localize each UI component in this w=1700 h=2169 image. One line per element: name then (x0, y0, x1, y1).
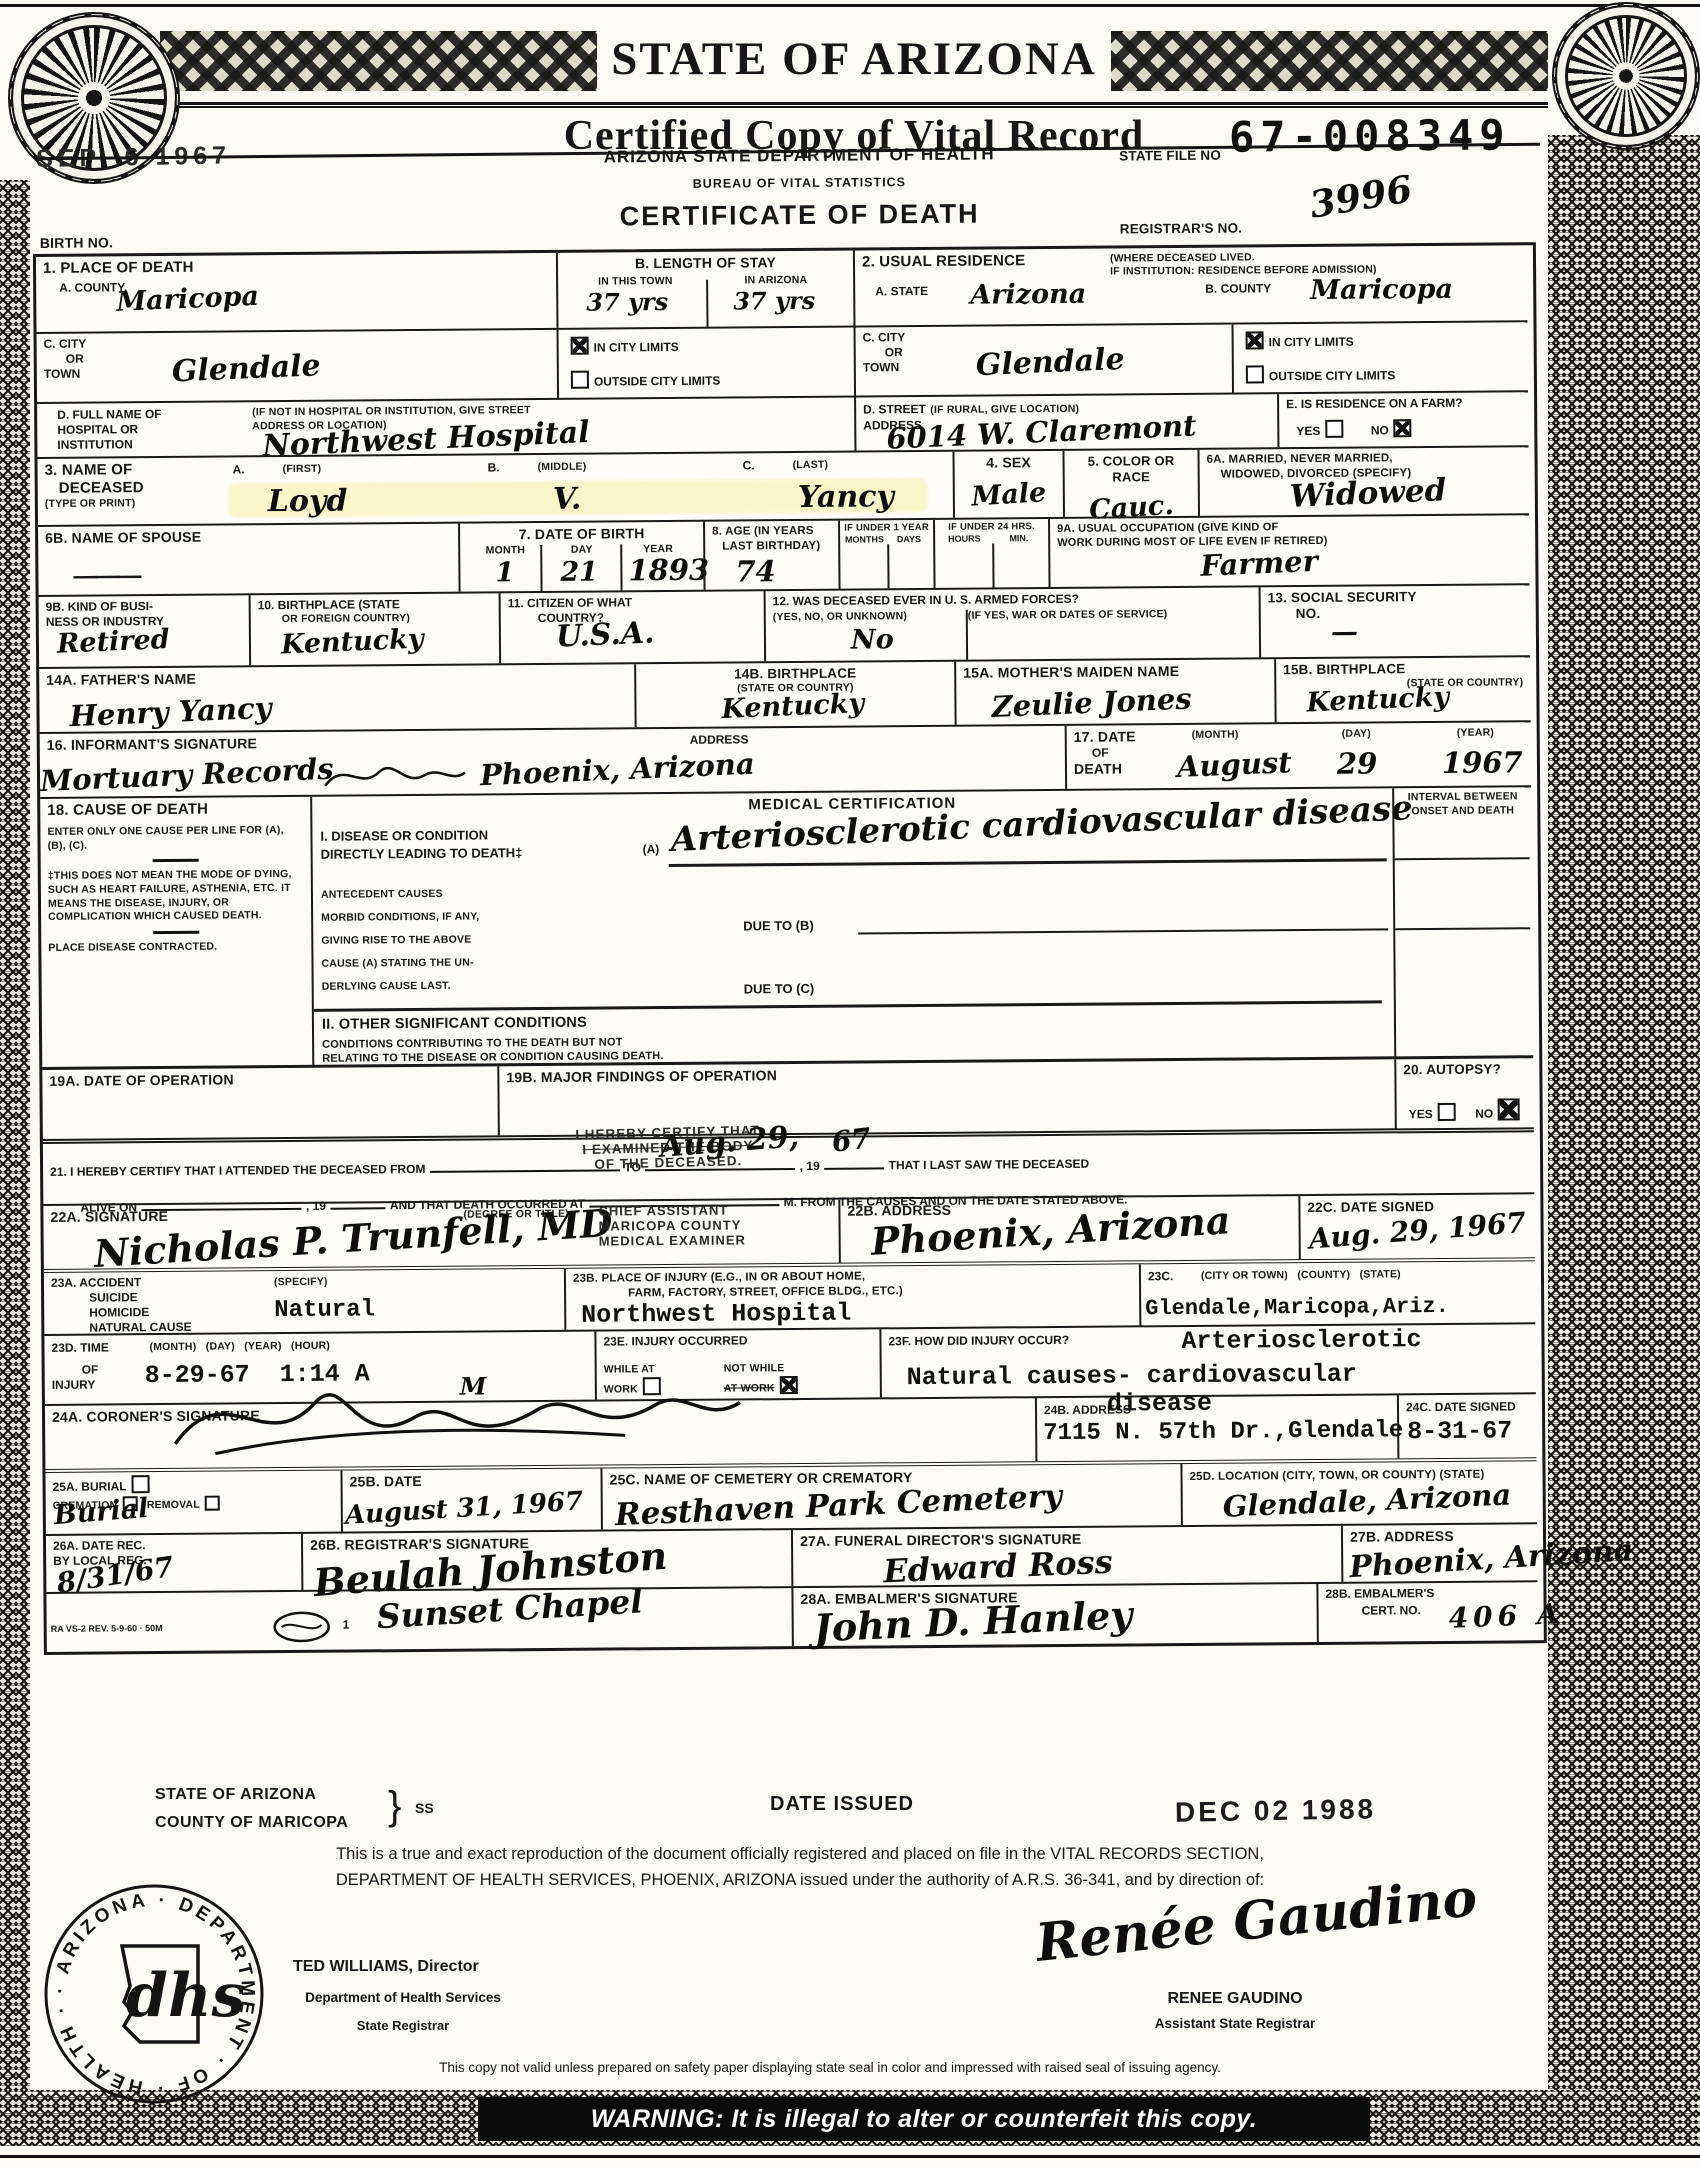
informant-signature: Mortuary Records (40, 755, 335, 797)
age-l1: 8. AGE (IN YEARS (712, 524, 831, 540)
citizen-value: U.S.A. (555, 618, 655, 652)
sex-value: Male (961, 478, 1056, 511)
outside-city-label: OUTSIDE CITY LIMITS (594, 374, 721, 389)
u24-div (992, 543, 994, 587)
res-county-value: Maricopa (1310, 276, 1453, 304)
dob-day-label: DAY (544, 543, 620, 557)
dob-year-value: 1893 (628, 556, 709, 586)
how-value-2: Natural causes- cardiovascular (907, 1360, 1357, 1393)
sec1-place-of-death: 1. PLACE OF DEATH A. COUNTY. Maricopa (36, 253, 557, 332)
sec27a-funeral-director: 27A. FUNERAL DIRECTOR'S SIGNATURE Edward… (791, 1526, 1341, 1586)
burial-date-label: 25B. DATE (349, 1473, 421, 1490)
inj-loc-note: (CITY OR TOWN) (COUNTY) (STATE) (1201, 1268, 1401, 1283)
business-value: Retired (56, 626, 170, 658)
issue-state: STATE OF ARIZONA (155, 1786, 316, 1804)
sec24a-coroner: 24A. CORONER'S SIGNATURE (45, 1398, 1035, 1469)
sec9a-occupation: 9A. USUAL OCCUPATION (GIVE KIND OF WORK … (1048, 515, 1530, 587)
age-value: 74 (735, 557, 776, 586)
name-a: A. (233, 462, 245, 477)
sec2-limits: IN CITY LIMITS OUTSIDE CITY LIMITS (1231, 322, 1528, 392)
informant-flourish (320, 757, 470, 794)
op-date-label: 19A. DATE OF OPERATION (49, 1071, 233, 1088)
res-in-city-checkbox (1246, 331, 1264, 349)
interval-line1 (1395, 857, 1530, 860)
certificate-scan-area: SEP 6 1967 BIRTH NO. ARIZONA STATE DEPAR… (0, 0, 1700, 2169)
sec25d-location: 25D. LOCATION (CITY, TOWN, OR COUNTY) (S… (1180, 1461, 1536, 1525)
dod-month-label: (MONTH) (1192, 729, 1239, 743)
sec18-medical-certification: MEDICAL CERTIFICATION I. DISEASE OR COND… (310, 788, 1394, 1064)
sec8-under24: IF UNDER 24 HRS. HOURSMIN. (933, 519, 1049, 588)
u24-label: IF UNDER 24 HRS. (937, 521, 1046, 534)
u24-min: MIN. (992, 533, 1047, 543)
farm-yes-checkbox (1325, 420, 1343, 438)
row-parents: 14A. FATHER'S NAME Henry Yancy 14B. BIRT… (39, 655, 1530, 732)
due-c-label: DUE TO (C) (744, 981, 815, 998)
farm-no-checkbox (1394, 419, 1412, 437)
sec12-armed-forces: 12. WAS DECEASED EVER IN U. S. ARMED FOR… (764, 587, 1260, 661)
sec1-limits: IN CITY LIMITS OUTSIDE CITY LIMITS (557, 328, 855, 398)
row-cause-of-death: 18. CAUSE OF DEATH ENTER ONLY ONE CAUSE … (40, 785, 1533, 1067)
sec6b-spouse: 6B. NAME OF SPOUSE ——— (38, 524, 459, 595)
warning-bar: WARNING: It is illegal to alter or count… (478, 2097, 1370, 2141)
interval-line2 (1395, 927, 1530, 930)
row-city: C. CITY OR TOWN Glendale IN CITY LIMITS … (37, 320, 1529, 402)
bureau-line: BUREAU OF VITAL STATISTICS (539, 174, 1059, 192)
certify-line1a: 21. I HEREBY CERTIFY THAT I ATTENDED THE… (50, 1162, 425, 1179)
sec13-ssn: 13. SOCIAL SECURITY NO. — (1259, 585, 1531, 657)
mbp-l1: 15B. BIRTHPLACE (1283, 660, 1523, 678)
embcert-l2: CERT. NO. (1362, 1603, 1421, 1618)
sec2e-farm: E. IS RESIDENCE ON A FARM? YES NO (1277, 392, 1528, 447)
u1y-label: IF UNDER 1 YEAR (842, 522, 931, 535)
race-label: 5. COLOR OR RACE (1072, 453, 1191, 485)
coroner-date-value: 8-31-67 (1407, 1416, 1512, 1446)
mother-birthplace-value: Kentucky (1306, 683, 1450, 716)
fd-addr-label: 27B. ADDRESS (1350, 1528, 1454, 1545)
state-file-number-stamp: 67-008349 (1229, 110, 1511, 161)
how-label: 23F. HOW DID INJURY OCCUR? (888, 1333, 1069, 1348)
cause-dash1 (153, 859, 199, 862)
row-certify: I HEREBY CERTIFY THAT I EXAMINED THE BOD… (43, 1127, 1534, 1204)
p2-title: II. OTHER SIGNIFICANT CONDITIONS (322, 1015, 587, 1034)
cause-dash2 (153, 931, 199, 934)
res-county-label: B. COUNTY (1205, 281, 1271, 297)
stay-az-value: 37 yrs (733, 289, 815, 314)
registrar-no-label: REGISTRAR'S NO. (1120, 221, 1243, 238)
street-label: D. STREET (863, 402, 926, 416)
autopsy-no-label: NO (1475, 1107, 1493, 1121)
sec1d-hospital: D. FULL NAME OF HOSPITAL OR INSTITUTION … (37, 398, 854, 457)
cause-note3: PLACE DISEASE CONTRACTED. (48, 940, 304, 956)
u1y-div (887, 544, 889, 588)
middle-name-value: V. (553, 485, 582, 515)
father-birthplace-value: Kentucky (721, 690, 865, 723)
certificate-title: CERTIFICATE OF DEATH (540, 198, 1060, 233)
sec22a-signature: 22A. SIGNATURE (DEGREE OR TITLE) Nichola… (43, 1200, 838, 1269)
dod-year-value: 1967 (1442, 748, 1523, 778)
row-physician: 22A. SIGNATURE (DEGREE OR TITLE) Nichola… (43, 1192, 1534, 1269)
sec15a-mother: 15A. MOTHER'S MAIDEN NAME Zeulie Jones (954, 659, 1274, 725)
middle-label: (MIDDLE) (538, 461, 587, 475)
to-date-handwritten: Aug. 29, (659, 1122, 800, 1163)
sec-form-no: RA VS-2 REV. 5-9-60 · 50M 1 Sunset Chape… (46, 1588, 791, 1652)
res-outside-city-checkbox (1246, 365, 1264, 383)
sig-label: 22A. SIGNATURE (50, 1208, 168, 1225)
dod-day-label: (DAY) (1342, 728, 1371, 742)
dod-month-value: August (1176, 748, 1292, 782)
time-note: (MONTH) (DAY) (YEAR) (HOUR) (149, 1340, 330, 1355)
sec23a-manner: 23A. ACCIDENT SUICIDE HOMICIDE NATURAL C… (44, 1269, 564, 1334)
row-business: 9B. KIND OF BUSI- NESS OR INDUSTRY Retir… (39, 583, 1531, 667)
u24-hours: HOURS (937, 534, 992, 544)
sec19a-date-operation: 19A. DATE OF OPERATION (42, 1066, 498, 1139)
interval-l2: ONSET AND DEATH (1401, 804, 1524, 819)
birthplace-value: Kentucky (280, 625, 424, 658)
row-coroner: 24A. CORONER'S SIGNATURE 24B. ADDRESS 71… (45, 1392, 1536, 1469)
ssn-value: — (1331, 619, 1358, 646)
to-blank: Aug. 29, (645, 1153, 795, 1171)
row-manner: 23A. ACCIDENT SUICIDE HOMICIDE NATURAL C… (44, 1257, 1535, 1334)
mother-value: Zeulie Jones (991, 684, 1192, 722)
issue-para1: This is a true and exact reproduction of… (180, 1845, 1420, 1864)
ante4: CAUSE (A) STATING THE UN- (321, 957, 473, 972)
physician-date-signed: Aug. 29, 1967 (1308, 1209, 1527, 1254)
me-stamp3: MEDICAL EXAMINER (599, 1232, 746, 1248)
sec2-title: 2. USUAL RESIDENCE (862, 252, 1025, 270)
manner-value: Natural (274, 1296, 375, 1324)
row-name: 3. NAME OF DECEASED (TYPE OR PRINT) A. (… (37, 445, 1528, 525)
part2-divider (314, 1000, 1382, 1011)
sec22c-date-signed: 22C. DATE SIGNED Aug. 29, 1967 (1298, 1194, 1534, 1259)
forces-note1: (YES, NO, OR UNKNOWN) (773, 610, 968, 625)
row-place-residence: 1. PLACE OF DEATH A. COUNTY. Maricopa B.… (36, 245, 1528, 332)
hosp-note1: (IF NOT IN HOSPITAL OR INSTITUTION, GIVE… (252, 404, 531, 420)
sec3-name-of-deceased: 3. NAME OF DECEASED (TYPE OR PRINT) A. (… (38, 452, 953, 525)
time-d1: 23D. TIME (51, 1340, 108, 1354)
sec16-informant: 16. INFORMANT'S SIGNATURE ADDRESS Mortua… (40, 726, 1065, 797)
removal-label: REMOVAL (147, 1499, 200, 1511)
cause-title: 18. CAUSE OF DEATH (47, 800, 303, 820)
ante2: MORBID CONDITIONS, IF ANY, (321, 911, 479, 926)
stay-divider (706, 280, 708, 327)
birth-no-label: BIRTH NO. (40, 234, 113, 251)
sec28b-cert-no: 28B. EMBALMER'S CERT. NO. 406 A (1316, 1582, 1537, 1642)
medical-examiner-stamp: CHIEF ASSISTANT MARICOPA COUNTY MEDICAL … (598, 1202, 746, 1248)
first-label: (FIRST) (283, 463, 322, 477)
occupation-value: Farmer (1200, 547, 1319, 581)
father-value: Henry Yancy (69, 694, 272, 732)
death-certificate-scan: STATE OF ARIZONA Certified Copy of Vital… (0, 0, 1700, 2169)
stay-town-value: 37 yrs (586, 290, 668, 315)
assistant-registrar-title: Assistant State Registrar (1100, 2016, 1370, 2031)
row-embalmer: RA VS-2 REV. 5-9-60 · 50M 1 Sunset Chape… (46, 1580, 1537, 1652)
issue-para2: DEPARTMENT OF HEALTH SERVICES, PHOENIX, … (180, 1871, 1420, 1890)
dob-div1 (540, 545, 542, 591)
coroner-signature (155, 1354, 756, 1469)
last-label: (LAST) (793, 459, 829, 473)
sec14a-father: 14A. FATHER'S NAME Henry Yancy (39, 664, 634, 732)
sec17-date-of-death: 17. DATE OF DEATH (MONTH) (DAY) (YEAR) A… (1065, 722, 1531, 789)
sec26b-registrar-signature: 26B. REGISTRAR'S SIGNATURE Beulah Johnst… (301, 1530, 791, 1590)
informant-label: 16. INFORMANT'S SIGNATURE (47, 735, 257, 753)
sec25c-cemetery: 25C. NAME OF CEMETERY OR CREMATORY Resth… (600, 1464, 1180, 1530)
certify-19: , 19 (800, 1159, 820, 1173)
funeral-director-signature: Edward Ross (883, 1546, 1114, 1588)
dob-div2 (621, 544, 623, 590)
city-value: Glendale (171, 351, 321, 387)
sec2-usual-residence: 2. USUAL RESIDENCE (WHERE DECEASED LIVED… (853, 245, 1528, 325)
row-spouse-dob: 6B. NAME OF SPOUSE ——— 7. DATE OF BIRTH … (38, 513, 1530, 595)
marital-value: Widowed (1289, 475, 1447, 513)
me-stamp2: MARICOPA COUNTY (598, 1217, 745, 1233)
state-value: Arizona (970, 281, 1086, 309)
sec5-race: 5. COLOR OR RACE Cauc. (1062, 450, 1198, 517)
autopsy-yes-label: YES (1409, 1107, 1433, 1121)
sec11-citizen: 11. CITIZEN OF WHAT COUNTRY? U.S.A. (499, 591, 765, 663)
last-name-value: Yancy (798, 482, 894, 513)
interval-l1: INTERVAL BETWEEN (1401, 790, 1524, 805)
cause-note1: ENTER ONLY ONE CAUSE PER LINE FOR (A), (… (47, 824, 303, 853)
sec25b-date: 25B. DATE August 31, 1967 (340, 1469, 600, 1532)
certificate-form: 1. PLACE OF DEATH A. COUNTY. Maricopa B.… (33, 242, 1547, 1655)
in-city-label: IN CITY LIMITS (594, 340, 679, 355)
spouse-value: ——— (73, 562, 139, 591)
seal-dhs-text: dhs (126, 1961, 245, 2031)
mother-label: 15A. MOTHER'S MAIDEN NAME (963, 663, 1179, 681)
u1y-days: DAYS (887, 534, 932, 544)
farm-yes-label: YES (1296, 424, 1320, 438)
injury-location-value: Glendale,Maricopa,Ariz. (1145, 1294, 1449, 1321)
not-while-at-work-checkbox (780, 1376, 798, 1394)
father-label: 14A. FATHER'S NAME (46, 671, 196, 688)
op-findings-label: 19B. MAJOR FINDINGS OF OPERATION (506, 1067, 777, 1085)
due-b-line (858, 928, 1388, 934)
hosp-l3: INSTITUTION (57, 437, 132, 453)
how-value-1: Arteriosclerotic (1181, 1325, 1421, 1356)
issue-brace: } (388, 1784, 401, 1829)
informant-addr-label: ADDRESS (690, 732, 749, 747)
director-dept: Department of Health Services (293, 1990, 513, 2005)
embalmer-signature: John D. Hanley (813, 1596, 1133, 1648)
sec27b-fd-address: 27B. ADDRESS Phoenix, Arizona (1341, 1524, 1537, 1582)
me-stamp1: CHIEF ASSISTANT (598, 1202, 745, 1218)
row-informant-dod: 16. INFORMANT'S SIGNATURE ADDRESS Mortua… (40, 720, 1531, 797)
dob-day-value: 21 (560, 559, 598, 586)
cause-a-line (669, 858, 1387, 867)
state-file-label: STATE FILE NO (1119, 148, 1221, 165)
sec18-cause-notes: 18. CAUSE OF DEATH ENTER ONLY ONE CAUSE … (40, 797, 312, 1067)
due-b-label: DUE TO (B) (743, 918, 814, 935)
ssn-l2: NO. (1296, 605, 1523, 623)
cause-note2: ‡THIS DOES NOT MEAN THE MODE OF DYING, S… (48, 868, 304, 925)
issue-ss: SS (415, 1800, 434, 1816)
burial-date-value: August 31, 1967 (344, 1489, 584, 1529)
coroner-date-label: 24C. DATE SIGNED (1406, 1399, 1516, 1414)
physician-signature: Nicholas P. Trunfell, MD (93, 1204, 614, 1273)
dob-label: 7. DATE OF BIRTH (467, 525, 696, 544)
sec23b-place-injury: 23B. PLACE OF INJURY (E.G., IN OR ABOUT … (564, 1264, 1139, 1330)
sec4-sex: 4. SEX Male (952, 451, 1063, 518)
sec24c-date: 24C. DATE SIGNED 8-31-67 (1397, 1394, 1536, 1458)
sec23f-how-injury: 23F. HOW DID INJURY OCCUR? Arteriosclero… (879, 1324, 1536, 1397)
ssn-l1: 13. SOCIAL SECURITY (1268, 588, 1523, 606)
sec7-dob: 7. DATE OF BIRTH MONTH DAY YEAR 1 21 189… (458, 522, 704, 592)
burial-loc-value: Glendale, Arizona (1222, 1480, 1512, 1521)
sec24b-address: 24B. ADDRESS 7115 N. 57th Dr.,Glendale (1035, 1395, 1397, 1461)
date-issued-stamp: DEC 02 1988 (1175, 1793, 1377, 1829)
informant-address-value: Phoenix, Arizona (479, 750, 755, 791)
u1y-months: MONTHS (842, 535, 887, 545)
forces-value: No (851, 626, 894, 653)
sec15b-mother-birthplace: 15B. BIRTHPLACE (STATE OR COUNTRY) Kentu… (1274, 657, 1530, 722)
forces-note2: (IF YES, WAR OR DATES OF SERVICE) (968, 608, 1168, 623)
sec8-age: 8. AGE (IN YEARS LAST BIRTHDAY) 74 (703, 521, 839, 590)
bus-l1: 9B. KIND OF BUSI- (46, 598, 242, 615)
certify-line1b: THAT I LAST SAW THE DECEASED (889, 1157, 1090, 1173)
form-number: RA VS-2 REV. 5-9-60 · 50M (51, 1623, 163, 1634)
p1a: I. DISEASE OR CONDITION (320, 827, 488, 845)
issue-county: COUNTY OF MARICOPA (155, 1814, 348, 1832)
director-title: State Registrar (293, 2018, 513, 2033)
p1b: DIRECTLY LEADING TO DEATH‡ (321, 845, 523, 863)
forces-div (966, 610, 968, 660)
place-injury-value: Northwest Hospital (581, 1299, 851, 1330)
age-l2: LAST BIRTHDAY) (722, 539, 831, 555)
forces-label: 12. WAS DECEASED EVER IN U. S. ARMED FOR… (773, 590, 1252, 609)
sig-date-label: 22C. DATE SIGNED (1307, 1199, 1434, 1215)
sec9b-business: 9B. KIND OF BUSI- NESS OR INDUSTRY Retir… (39, 595, 250, 667)
sec6a-marital: 6A. MARRIED, NEVER MARRIED, WIDOWED, DIV… (1197, 447, 1529, 516)
dob-month-label: MONTH (467, 544, 543, 558)
sec1c-city: C. CITY OR TOWN Glendale (37, 330, 558, 402)
year-handwritten: 67 (831, 1125, 873, 1157)
sec25a-disposition: 25A. BURIAL CREMATION REMOVAL Burial (45, 1471, 340, 1534)
ante5: DERLYING CAUSE LAST. (322, 980, 451, 995)
director-name: TED WILLIAMS, Director (293, 1958, 479, 1976)
res-in-city-label: IN CITY LIMITS (1269, 335, 1354, 350)
sec20-autopsy: 20. AUTOPSY? YES NO (1394, 1058, 1534, 1128)
sec2d-street: D. STREET (IF RURAL, GIVE LOCATION) ADDR… (854, 394, 1277, 450)
sec19b-findings: 19B. MAJOR FINDINGS OF OPERATION (497, 1059, 1395, 1135)
outside-city-checkbox (571, 371, 589, 389)
inj-loc-label: 23C. (1148, 1269, 1173, 1283)
first-name-value: Loyd (268, 487, 348, 518)
occured-label: 23E. INJURY OCCURRED (603, 1332, 872, 1349)
sec8-under1yr: IF UNDER 1 YEAR MONTHSDAYS (838, 520, 934, 589)
in-city-checkbox (571, 337, 589, 355)
sec2c-city: C. CITY OR TOWN Glendale (854, 325, 1233, 396)
burial-checkbox (132, 1475, 150, 1493)
hosp-l2: HOSPITAL OR (57, 422, 138, 438)
manner-specify: (SPECIFY) (274, 1276, 328, 1290)
state-label: A. STATE (875, 284, 928, 299)
spouse-label: 6B. NAME OF SPOUSE (45, 529, 201, 546)
dod-day-value: 29 (1337, 749, 1378, 778)
row-burial: 25A. BURIAL CREMATION REMOVAL Burial 25B… (45, 1457, 1536, 1534)
hosp-l1: D. FULL NAME OF (57, 407, 162, 423)
county-value: Maricopa (116, 283, 260, 316)
how-value-3: disease (1107, 1389, 1212, 1419)
form-number-suffix: 1 (343, 1618, 350, 1632)
sec28a-embalmer: 28A. EMBALMER'S SIGNATURE John D. Hanley (791, 1584, 1316, 1646)
sec22b-address: 22B. ADDRESS Phoenix, Arizona (838, 1196, 1298, 1263)
registrar-no-handwritten: 3996 (1307, 170, 1415, 223)
cemetery-label: 25C. NAME OF CEMETERY OR CREMATORY (609, 1469, 912, 1487)
cause-a-tag: (A) (643, 842, 660, 857)
sec14b-father-birthplace: 14B. BIRTHPLACE (STATE OR COUNTRY) Kentu… (634, 662, 954, 728)
autopsy-yes-checkbox (1438, 1103, 1456, 1121)
autopsy-no-checkbox (1498, 1098, 1520, 1120)
burial-label: 25A. BURIAL (53, 1479, 127, 1494)
autopsy-label: 20. AUTOPSY? (1403, 1061, 1526, 1078)
cemetery-value: Resthaven Park Cemetery (614, 1481, 1062, 1531)
coroner-address-value: 7115 N. 57th Dr.,Glendale (1043, 1417, 1403, 1447)
sec1b-length-of-stay: B. LENGTH OF STAY IN THIS TOWN IN ARIZON… (556, 251, 854, 328)
ante3: GIVING RISE TO THE ABOVE (321, 934, 471, 949)
res-city-value: Glendale (975, 345, 1125, 381)
sex-label: 4. SEX (962, 454, 1056, 472)
union-bug-stamp (272, 1610, 338, 1645)
farm-no-label: NO (1371, 423, 1389, 437)
name-b: B. (488, 460, 500, 475)
name-c: C. (743, 458, 755, 473)
year-blank: 67 (824, 1152, 884, 1169)
dob-month-value: 1 (495, 559, 514, 586)
sec10-birthplace: 10. BIRTHPLACE (STATE OR FOREIGN COUNTRY… (249, 593, 500, 665)
farm-label: E. IS RESIDENCE ON A FARM? (1286, 395, 1521, 412)
embcert-value: 406 A (1448, 1600, 1564, 1633)
ante1: ANTECEDENT CAUSES (321, 888, 443, 903)
dod-year-label: (YEAR) (1457, 727, 1494, 741)
safety-note: This copy not valid unless prepared on s… (230, 2060, 1430, 2075)
sec23c-injury-location: 23C. (CITY OR TOWN) (COUNTY) (STATE) Gle… (1139, 1261, 1535, 1325)
res-outside-city-label: OUTSIDE CITY LIMITS (1269, 368, 1396, 383)
sec18-interval: INTERVAL BETWEEN ONSET AND DEATH (1392, 787, 1533, 1056)
disposition-value: Burial (53, 1495, 149, 1529)
sec26a-date-rec: 26A. DATE REC. BY LOCAL REG. 8/31/67 (46, 1534, 301, 1592)
date-issued-label: DATE ISSUED (770, 1793, 914, 1816)
assistant-registrar-name: RENEE GAUDINO (1100, 1990, 1370, 2008)
removal-checkbox (205, 1496, 220, 1511)
poi-l2: FARM, FACTORY, STREET, OFFICE BLDG., ETC… (628, 1282, 1132, 1301)
stay-title: B. LENGTH OF STAY (635, 254, 776, 271)
sec1-title: 1. PLACE OF DEATH (43, 259, 194, 277)
